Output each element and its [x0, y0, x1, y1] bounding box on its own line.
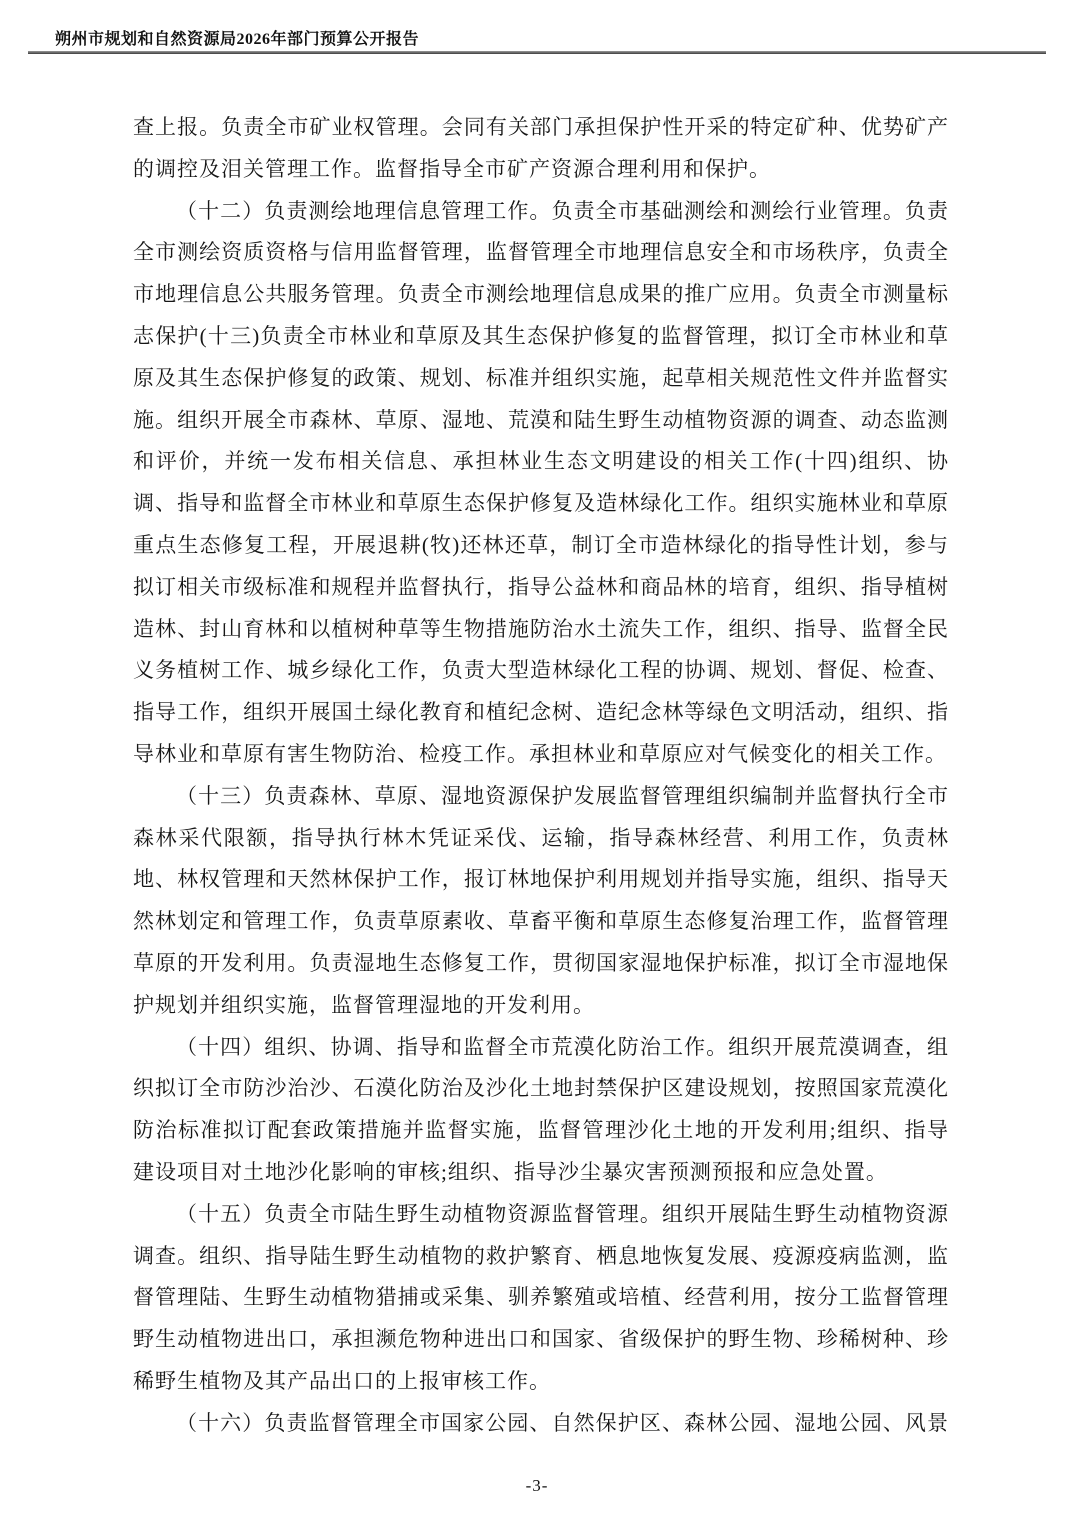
text-line: 造林、封山育林和以植树种草等生物措施防治水土流失工作，组织、指导、监督全民: [133, 609, 948, 651]
text-line: 织拟订全市防沙治沙、石漠化防治及沙化土地封禁保护区建设规划，按照国家荒漠化: [133, 1068, 948, 1110]
text-line: 重点生态修复工程，开展退耕(牧)还林还草，制订全市造林绿化的指导性计划，参与: [133, 525, 948, 567]
text-line: 草原的开发利用。负责湿地生态修复工作，贯彻国家湿地保护标准，拟订全市湿地保: [133, 943, 948, 985]
text-line: （十二）负责测绘地理信息管理工作。负责全市基础测绘和测绘行业管理。负责: [133, 191, 948, 233]
header-rule: [28, 51, 1046, 54]
document-body: 查上报。负责全市矿业权管理。会同有关部门承担保护性开采的特定矿种、优势矿产的调控…: [133, 107, 948, 1445]
text-line: 稀野生植物及其产品出口的上报审核工作。: [133, 1361, 948, 1403]
text-line: 原及其生态保护修复的政策、规划、标准并组织实施，起草相关规范性文件并监督实: [133, 358, 948, 400]
text-line: 然林划定和管理工作，负责草原素收、草畜平衡和草原生态修复治理工作，监督管理: [133, 901, 948, 943]
text-line: 拟订相关市级标准和规程并监督执行，指导公益林和商品林的培育，组织、指导植树: [133, 567, 948, 609]
text-line: （十五）负责全市陆生野生动植物资源监督管理。组织开展陆生野生动植物资源: [133, 1194, 948, 1236]
text-line: 森林采代限额，指导执行林木凭证采伐、运输，指导森林经营、利用工作，负责林: [133, 818, 948, 860]
text-line: 和评价，并统一发布相关信息、承担林业生态文明建设的相关工作(十四)组织、协: [133, 441, 948, 483]
text-line: 督管理陆、生野生动植物猎捕或采集、驯养繁殖或培植、经营利用，按分工监督管理: [133, 1277, 948, 1319]
page-number: -3-: [0, 1476, 1074, 1496]
text-line: 调、指导和监督全市林业和草原生态保护修复及造林绿化工作。组织实施林业和草原: [133, 483, 948, 525]
page-header-title: 朔州市规划和自然资源局2026年部门预算公开报告: [55, 26, 419, 49]
text-line: 市地理信息公共服务管理。负责全市测绘地理信息成果的推广应用。负责全市测量标: [133, 274, 948, 316]
text-line: 调查。组织、指导陆生野生动植物的救护繁育、栖息地恢复发展、疫源疫病监测，监: [133, 1236, 948, 1278]
text-line: 建设项目对土地沙化影响的审核;组织、指导沙尘暴灾害预测预报和应急处置。: [133, 1152, 948, 1194]
text-line: 护规划并组织实施，监督管理湿地的开发利用。: [133, 985, 948, 1027]
text-line: 防治标准拟订配套政策措施并监督实施，监督管理沙化土地的开发利用;组织、指导: [133, 1110, 948, 1152]
text-line: （十四）组织、协调、指导和监督全市荒漠化防治工作。组织开展荒漠调查，组: [133, 1027, 948, 1069]
text-line: 指导工作，组织开展国土绿化教育和植纪念树、造纪念林等绿色文明活动，组织、指: [133, 692, 948, 734]
text-line: （十六）负责监督管理全市国家公园、自然保护区、森林公园、湿地公园、风景: [133, 1403, 948, 1445]
text-line: 导林业和草原有害生物防治、检疫工作。承担林业和草原应对气候变化的相关工作。: [133, 734, 948, 776]
text-line: 义务植树工作、城乡绿化工作，负责大型造林绿化工程的协调、规划、督促、检查、: [133, 650, 948, 692]
text-line: 查上报。负责全市矿业权管理。会同有关部门承担保护性开采的特定矿种、优势矿产: [133, 107, 948, 149]
text-line: 地、林权管理和天然林保护工作，报订林地保护利用规划并指导实施，组织、指导天: [133, 859, 948, 901]
text-line: 志保护(十三)负责全市林业和草原及其生态保护修复的监督管理，拟订全市林业和草: [133, 316, 948, 358]
document-page: 朔州市规划和自然资源局2026年部门预算公开报告 查上报。负责全市矿业权管理。会…: [0, 0, 1074, 1520]
text-line: 野生动植物进出口，承担濒危物种进出口和国家、省级保护的野生物、珍稀树种、珍: [133, 1319, 948, 1361]
text-line: 全市测绘资质资格与信用监督管理，监督管理全市地理信息安全和市场秩序，负责全: [133, 232, 948, 274]
text-line: 施。组织开展全市森林、草原、湿地、荒漠和陆生野生动植物资源的调查、动态监测: [133, 400, 948, 442]
text-line: 的调控及泪关管理工作。监督指导全市矿产资源合理利用和保护。: [133, 149, 948, 191]
text-line: （十三）负责森林、草原、湿地资源保护发展监督管理组织编制并监督执行全市: [133, 776, 948, 818]
